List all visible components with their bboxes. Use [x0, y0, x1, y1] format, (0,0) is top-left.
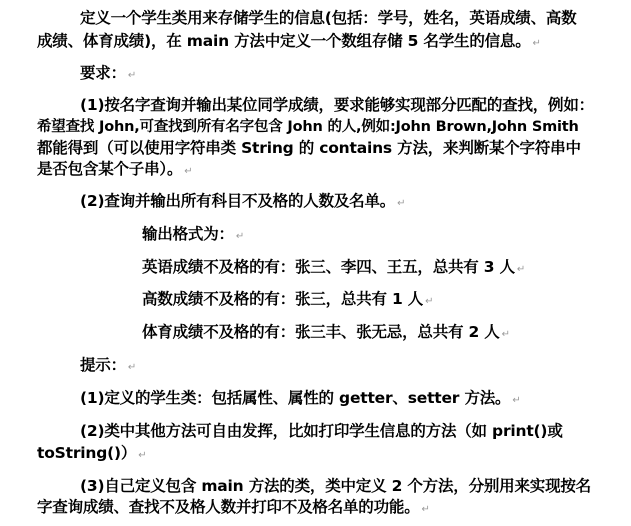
hint-3-line-1: (3)自己定义包含 main 方法的类，类中定义 2 个方法，分别用来实现按名 — [80, 476, 591, 497]
paragraph-mark-icon: ↵ — [128, 362, 136, 373]
paragraph-mark-icon: ↵ — [397, 198, 405, 209]
paragraph-mark-icon: ↵ — [512, 395, 520, 406]
hint-2-line-1: (2)类中其他方法可自由发挥，比如打印学生信息的方法（如 print()或 — [80, 421, 563, 442]
output-format-heading: 输出格式为：↵ — [142, 224, 244, 247]
paragraph-mark-icon: ↵ — [425, 296, 433, 307]
requirement-1-line-3: 都能得到（可以使用字符串类 String 的 contains 方法，来判断某个… — [37, 138, 581, 159]
paragraph-mark-icon: ↵ — [184, 166, 192, 177]
requirement-1-line-2: 希望查找 John,可查找到所有名字包含 John 的人,例如:John Bro… — [37, 117, 579, 138]
paragraph-mark-icon: ↵ — [517, 264, 525, 275]
output-format-math: 高数成绩不及格的有：张三，总共有 1 人↵ — [142, 289, 433, 312]
hint-3-line-2: 字查询成绩、查找不及格人数并打印不及格名单的功能。↵ — [37, 497, 430, 520]
intro-line-2: 成绩、体育成绩)，在 main 方法中定义一个数组存储 5 名学生的信息。↵ — [37, 31, 541, 54]
hints-heading: 提示：↵ — [80, 355, 136, 378]
paragraph-mark-icon: ↵ — [128, 70, 136, 81]
paragraph-mark-icon: ↵ — [502, 329, 510, 340]
paragraph-mark-icon: ↵ — [422, 504, 430, 515]
paragraph-mark-icon: ↵ — [138, 450, 146, 461]
output-format-english: 英语成绩不及格的有：张三、李四、王五，总共有 3 人↵ — [142, 257, 525, 280]
paragraph-mark-icon: ↵ — [236, 231, 244, 242]
requirements-heading: 要求：↵ — [80, 63, 136, 86]
intro-line-1: 定义一个学生类用来存储学生的信息(包括：学号，姓名，英语成绩、高数 — [80, 8, 577, 29]
requirement-1-line-4: 是否包含某个子串）。↵ — [37, 159, 192, 182]
hint-2-line-2: toString()）↵ — [37, 443, 146, 466]
output-format-pe: 体育成绩不及格的有：张三丰、张无忌，总共有 2 人↵ — [142, 322, 510, 345]
requirement-1-line-1: (1)按名字查询并输出某位同学成绩，要求能够实现部分匹配的查找，例如： — [80, 95, 594, 116]
paragraph-mark-icon: ↵ — [533, 38, 541, 49]
hint-1: (1)定义的学生类：包括属性、属性的 getter、setter 方法。↵ — [80, 388, 521, 411]
document-page: 定义一个学生类用来存储学生的信息(包括：学号，姓名，英语成绩、高数 成绩、体育成… — [0, 0, 631, 526]
requirement-2: (2)查询并输出所有科目不及格的人数及名单。↵ — [80, 191, 405, 214]
